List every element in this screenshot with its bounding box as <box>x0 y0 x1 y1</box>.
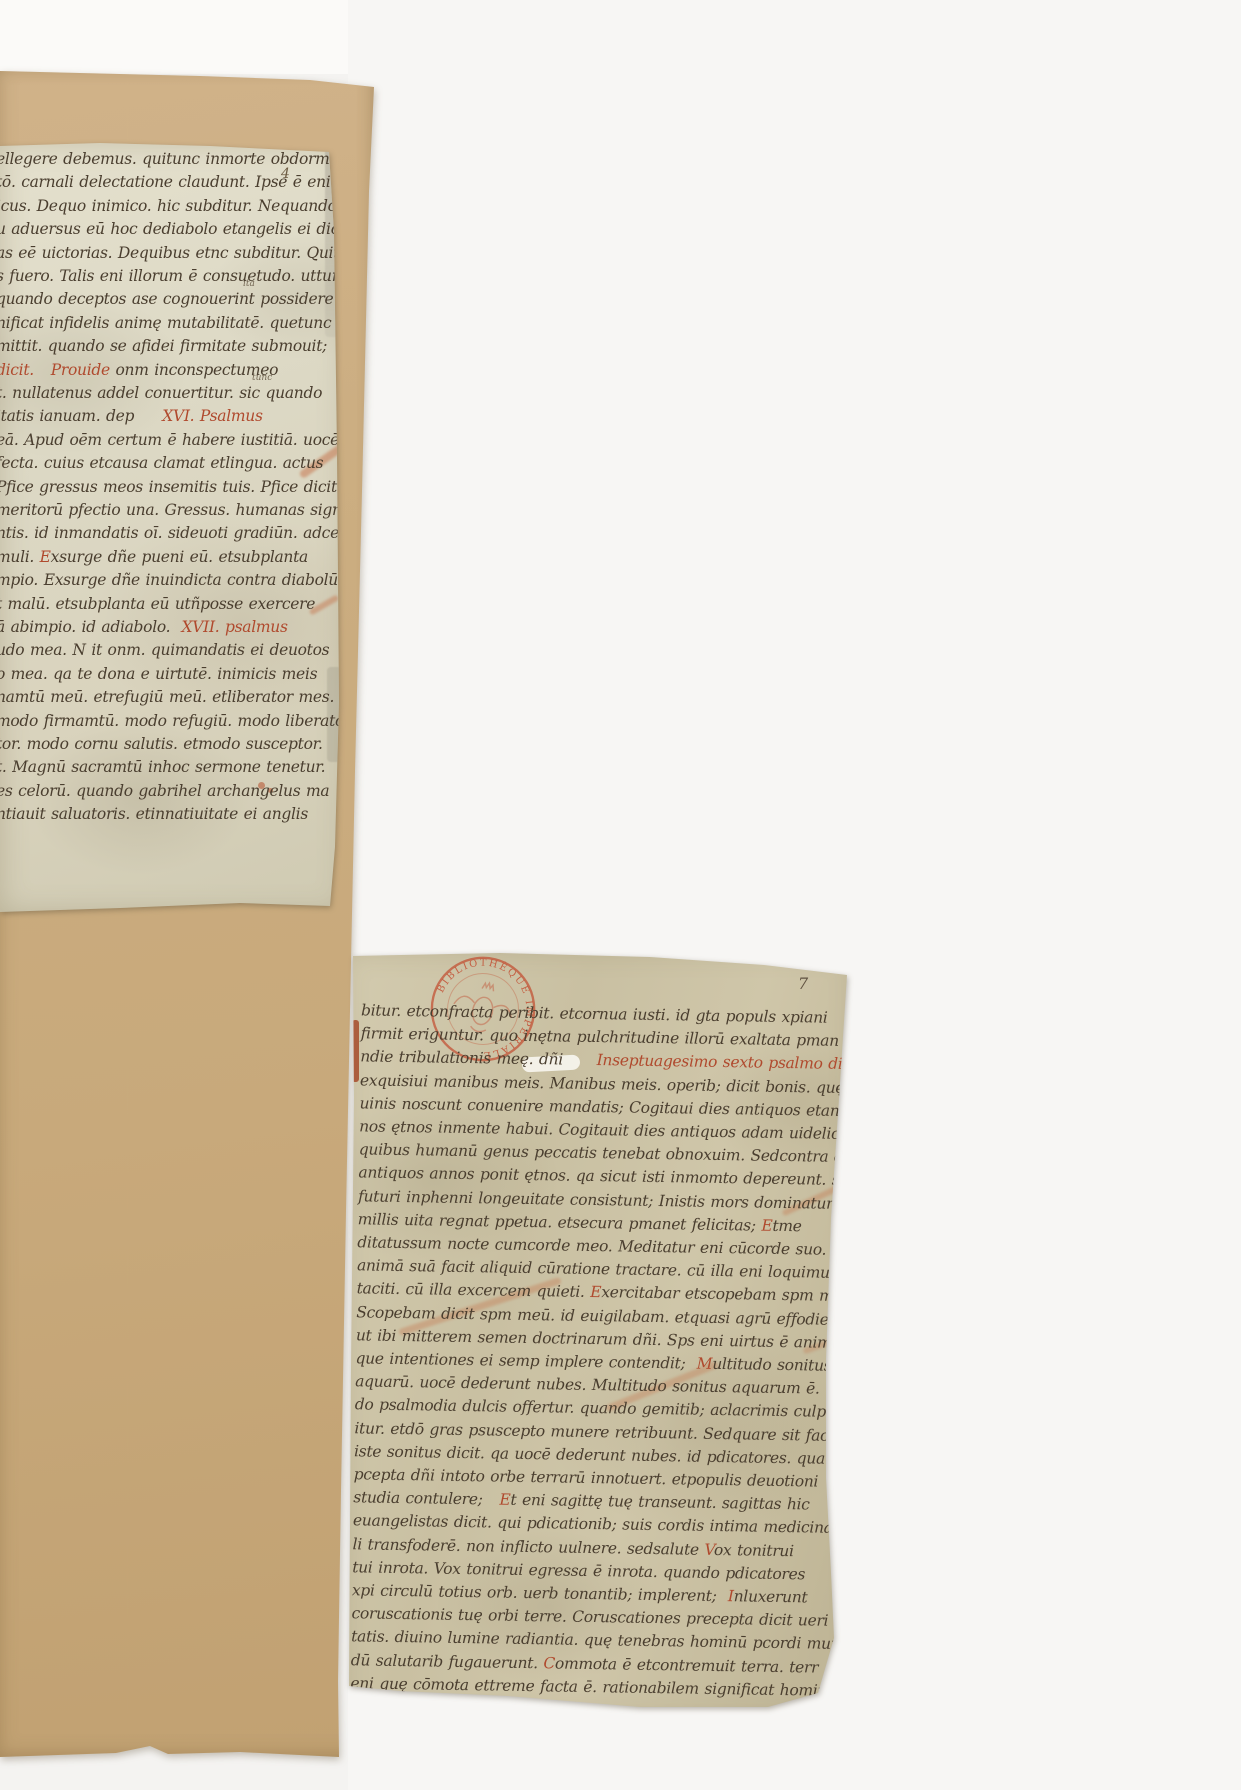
text-line: namtū meū. etrefugiū meū. etliberator me… <box>0 687 334 707</box>
text-line: eā. Apud oēm certum ē habere iustitiā. u… <box>0 430 339 450</box>
text-line: quando deceptos ase cognouerint possider… <box>0 289 333 309</box>
text-line: o mea. qa te dona e uirtutē. inimicis me… <box>0 664 317 684</box>
text-line: mpio. Exsurge dñe inuindicta contra diab… <box>0 570 343 590</box>
text-line: bitur. etconfracta peribit. etcornua ius… <box>361 1000 828 1027</box>
text-line: s fuero. Talis eni illorum ē consuetudo.… <box>0 266 350 286</box>
text-line: dicit. Prouide onm inconspectumeo <box>0 360 278 380</box>
text-line: xpi circulū totius orb. uerb tonantib; i… <box>352 1580 808 1607</box>
text-line: itatis ianuam. dep XVI. Psalmus <box>0 406 263 426</box>
text-line: tō. carnali delectatione claudunt. Ipse … <box>0 172 330 192</box>
text-line: u aduersus eū hoc dediabolo etangelis ei… <box>0 219 350 239</box>
text-line: nificat infidelis animę mutabilitatē. qu… <box>0 313 331 333</box>
text-line: pcepta dñi intoto orbe terrarū innotuert… <box>354 1464 819 1491</box>
manuscript-photo: 4 ita tunc ellegere debemus. quitunc inm… <box>0 0 1241 1790</box>
text-block: ellegere debemus. quitunc inmorte obdorm… <box>0 142 346 914</box>
text-line: dū salutarib fugauerunt. Commota ē etcon… <box>351 1650 819 1677</box>
text-line: millis uita regnat ppetua. etsecura pman… <box>358 1209 802 1236</box>
text-line: mittit. quando se afidei firmitate submo… <box>0 336 327 356</box>
text-line: Pfice gressus meos insemitis tuis. Pfice… <box>0 477 337 497</box>
text-line: t. nullatenus addel conuertitur. sic qua… <box>0 383 322 403</box>
text-line: tor. modo cornu salutis. etmodo suscepto… <box>0 734 323 754</box>
parchment-fragment-2: 7 BIBLIOTHÈQUE IMPÉRIALE bitur <box>340 948 858 1723</box>
text-block: bitur. etconfracta peribit. etcornua ius… <box>328 948 858 1731</box>
parchment-fragment-1: 4 ita tunc ellegere debemus. quitunc inm… <box>0 142 346 914</box>
text-line: muli. Exsurge dñe pueni eū. etsubplanta <box>0 547 308 567</box>
text-line: modo firmamtū. modo refugiū. modo libera… <box>0 711 354 731</box>
text-line: ntiauit saluatoris. etinnatiuitate ei an… <box>0 804 308 824</box>
text-line: ntis. id inmandatis oī. sideuoti gradiūn… <box>0 523 339 543</box>
text-line: icus. Dequo inimico. hic subditur. Nequa… <box>0 196 337 216</box>
text-line: ā abimpio. id adiabolo. XVII. psalmus <box>0 617 288 637</box>
text-line: tui inrota. Vox tonitrui egressa ē inrot… <box>352 1557 805 1584</box>
text-line: meritorū pfectio una. Gressus. humanas s… <box>0 500 346 520</box>
text-line: es celorū. quando gabrihel archangelus m… <box>0 781 329 801</box>
text-line: as eē uictorias. Dequibus etnc subditur.… <box>0 243 370 263</box>
text-line: li transfoderē. non inflicto uulnere. se… <box>352 1534 793 1561</box>
text-line: studia contulere; Et eni sagittę tuę tra… <box>353 1487 810 1514</box>
text-line: fecta. cuius etcausa clamat etlingua. ac… <box>0 453 323 473</box>
text-line: udo mea. N it onm. quimandatis ei deuoto… <box>0 640 329 660</box>
text-line: t malū. etsubplanta eū utñposse exercere <box>0 594 315 614</box>
text-line: t. Magnū sacramtū inhoc sermone tenetur. <box>0 757 325 777</box>
text-line: ellegere debemus. quitunc inmorte obdorm… <box>0 149 364 169</box>
